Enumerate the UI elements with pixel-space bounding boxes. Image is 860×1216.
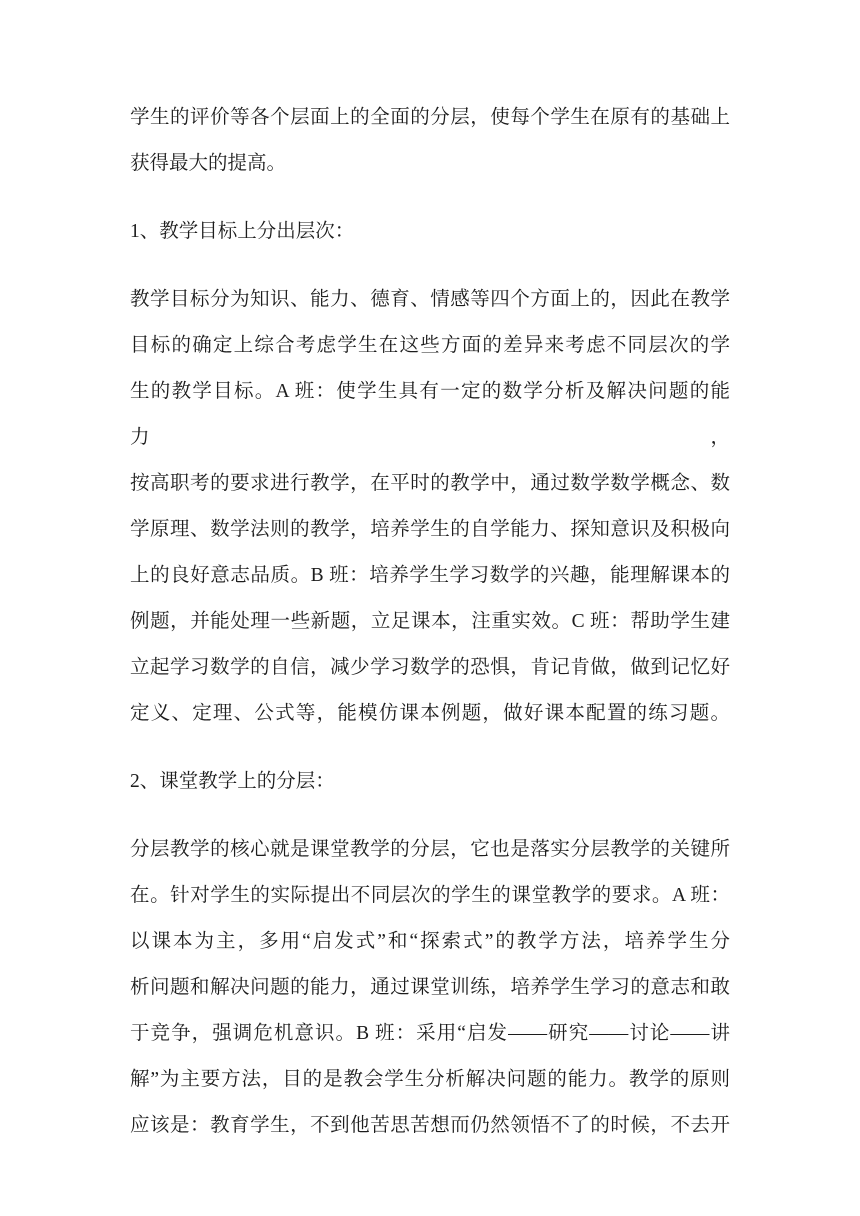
heading-line: 2、课堂教学上的分层： <box>130 759 730 805</box>
text-line: 获得最大的提高。 <box>130 141 730 187</box>
text-line: 生的教学目标。A 班：使学生具有一定的数学分析及解决问题的能力， <box>130 369 730 461</box>
text-line: 上的良好意志品质。B 班：培养学生学习数学的兴趣，能理解课本的 <box>130 553 730 599</box>
text-line: 目标的确定上综合考虑学生在这些方面的差异来考虑不同层次的学 <box>130 323 730 369</box>
text-line: 以课本为主，多用“启发式”和“探索式”的教学方法，培养学生分 <box>130 919 730 965</box>
heading-2: 2、课堂教学上的分层： <box>130 759 730 805</box>
paragraph-continuation: 学生的评价等各个层面上的全面的分层，使每个学生在原有的基础上 获得最大的提高。 <box>130 95 730 187</box>
text-line: 学原理、数学法则的教学，培养学生的自学能力、探知意识及积极向 <box>130 507 730 553</box>
text-line: 例题，并能处理一些新题，立足课本，注重实效。C 班：帮助学生建 <box>130 599 730 645</box>
text-line: 析问题和解决问题的能力，通过课堂训练，培养学生学习的意志和敢 <box>130 965 730 1011</box>
text-line: 学生的评价等各个层面上的全面的分层，使每个学生在原有的基础上 <box>130 95 730 141</box>
text-line: 立起学习数学的自信，减少学习数学的恐惧，肯记肯做，做到记忆好 <box>130 645 730 691</box>
text-line: 于竞争，强调危机意识。B 班：采用“启发——研究——讨论——讲 <box>130 1011 730 1057</box>
text-line: 解”为主要方法，目的是教会学生分析解决问题的能力。教学的原则 <box>130 1057 730 1103</box>
text-line: 定义、定理、公式等，能模仿课本例题，做好课本配置的练习题。 <box>130 691 730 737</box>
text-line: 分层教学的核心就是课堂教学的分层，它也是落实分层教学的关键所 <box>130 827 730 873</box>
text-line: 教学目标分为知识、能力、德育、情感等四个方面上的，因此在教学 <box>130 277 730 323</box>
text-line: 在。针对学生的实际提出不同层次的学生的课堂教学的要求。A 班： <box>130 873 730 919</box>
heading-line: 1、教学目标上分出层次： <box>130 209 730 255</box>
heading-1: 1、教学目标上分出层次： <box>130 209 730 255</box>
document-page: 学生的评价等各个层面上的全面的分层，使每个学生在原有的基础上 获得最大的提高。 … <box>0 0 860 1216</box>
paragraph-teaching-goals: 教学目标分为知识、能力、德育、情感等四个方面上的，因此在教学 目标的确定上综合考… <box>130 277 730 737</box>
text-line: 应该是：教育学生，不到他苦思苦想而仍然领悟不了的时候，不去开 <box>130 1103 730 1149</box>
text-line: 按高职考的要求进行教学，在平时的教学中，通过数学数学概念、数 <box>130 461 730 507</box>
paragraph-classroom-teaching: 分层教学的核心就是课堂教学的分层，它也是落实分层教学的关键所 在。针对学生的实际… <box>130 827 730 1149</box>
